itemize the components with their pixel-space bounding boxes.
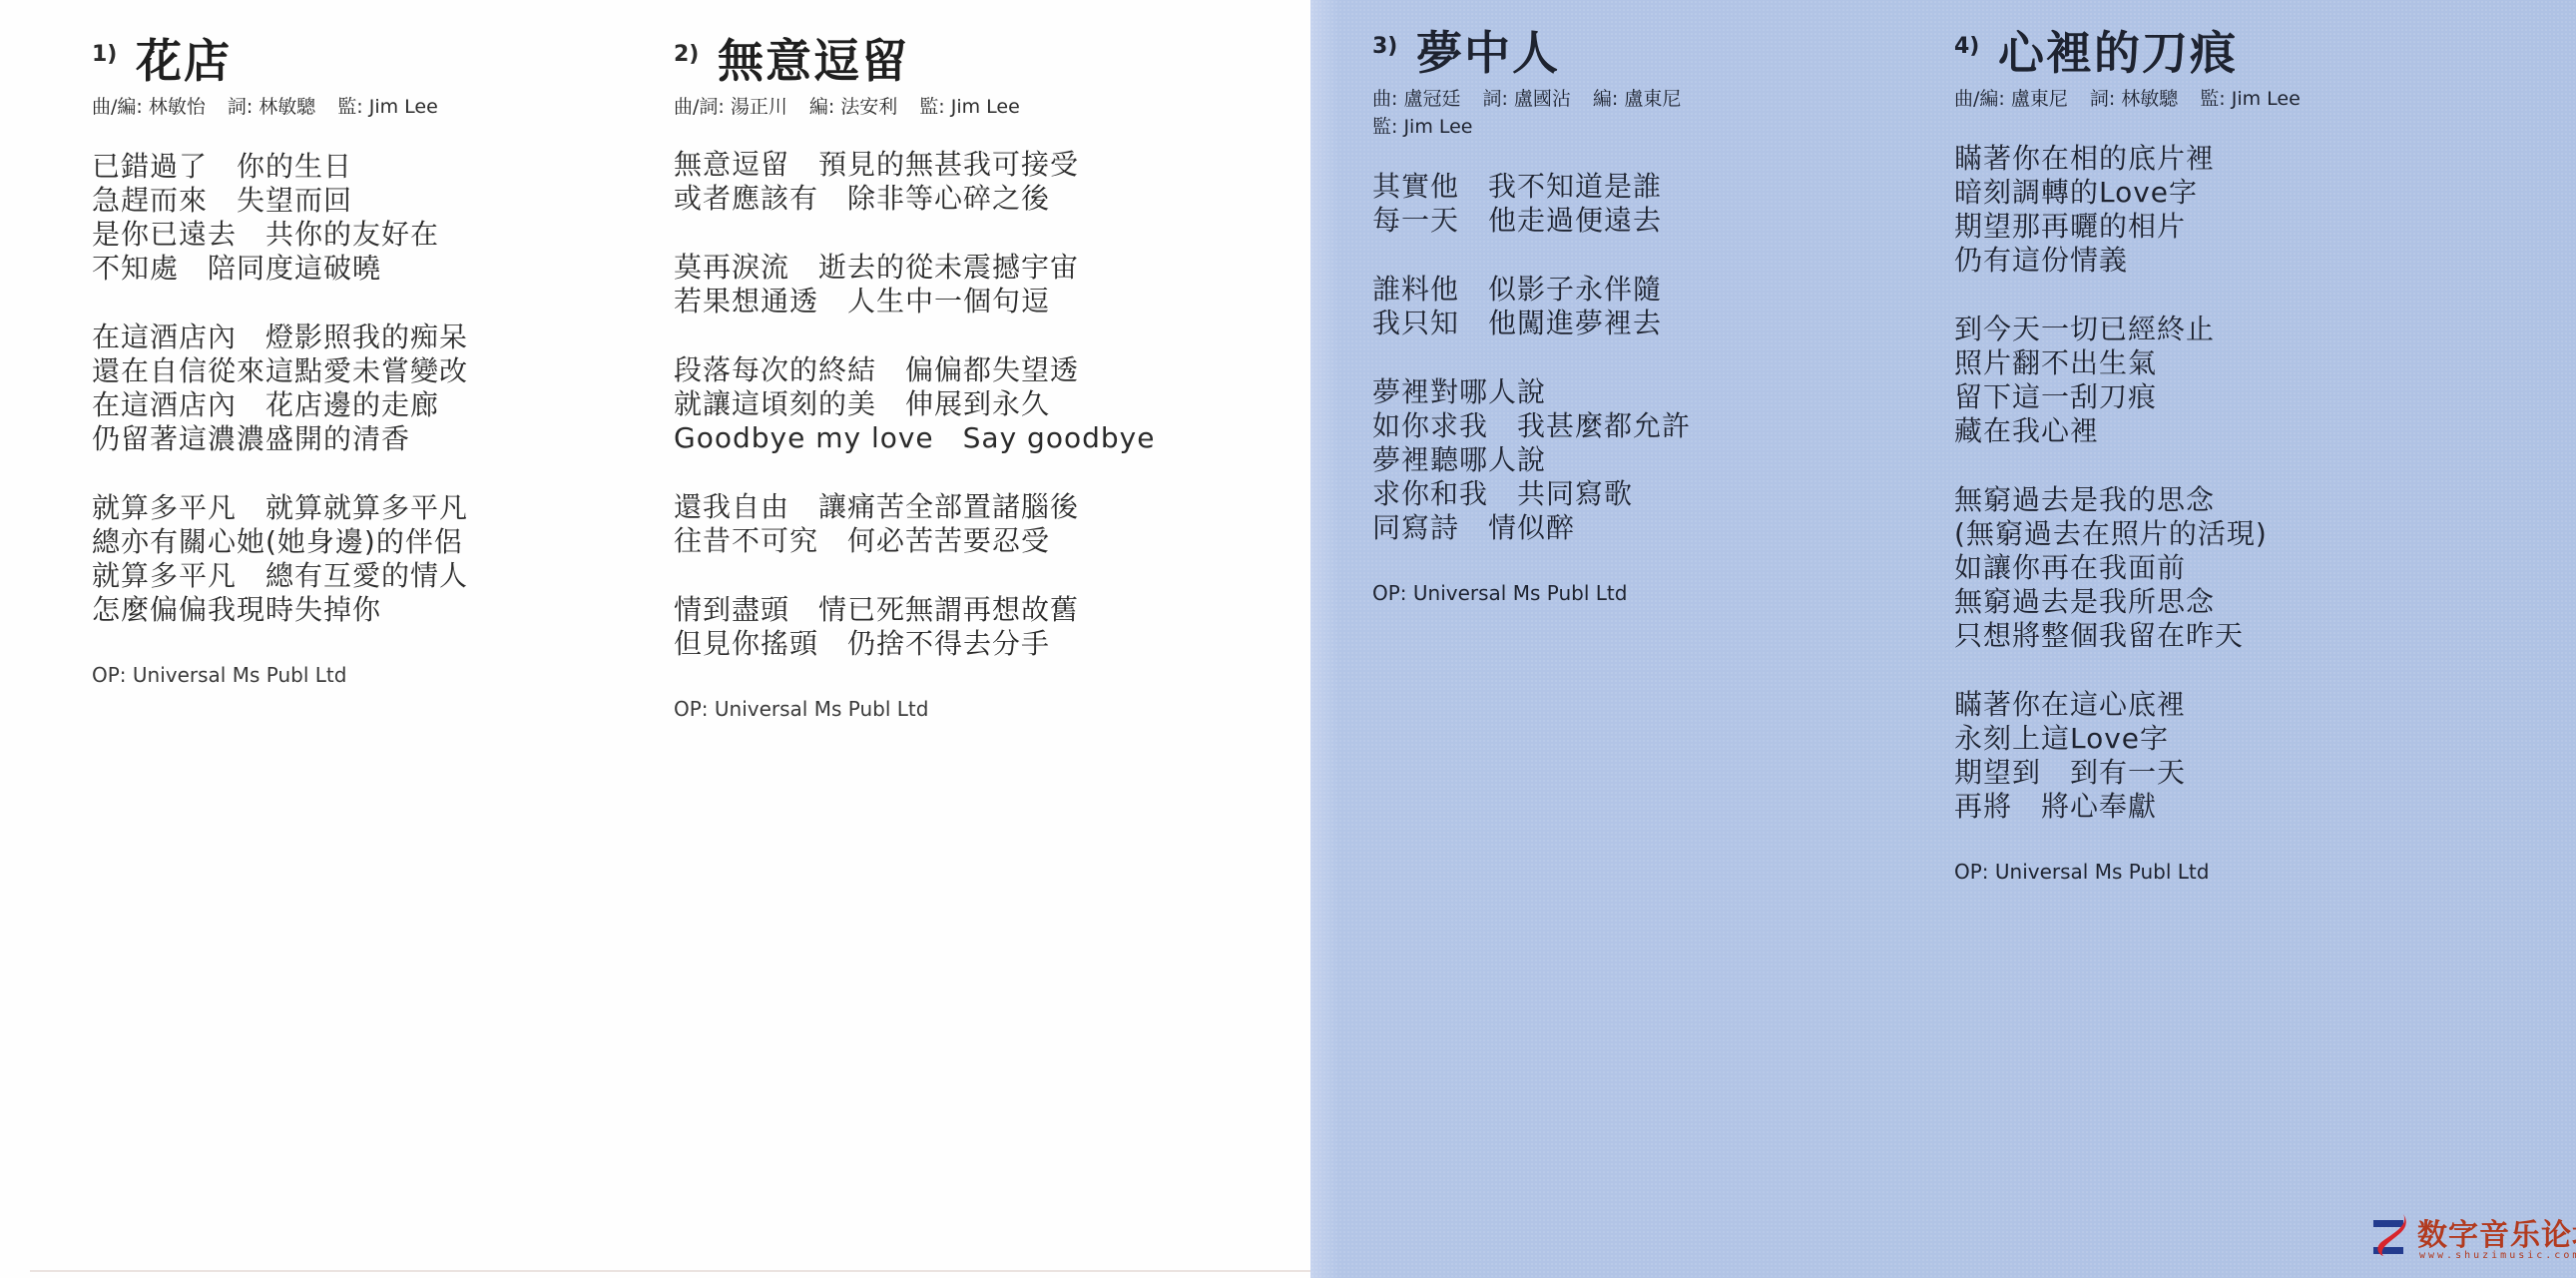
credit-lyricist: 詞: 林敏驄 — [228, 96, 315, 118]
lyric-line: Goodbye my love Say goodbye — [674, 421, 1155, 455]
lyric-line: 期望到 到有一天 — [1954, 756, 2322, 790]
stanza: 到今天一切已經終止 照片翻不出生氣 留下這一刮刀痕 藏在我心裡 — [1954, 313, 2322, 448]
lyric-line: 夢裡對哪人說 — [1372, 375, 1703, 409]
stanza: 還我自由 讓痛苦全部置諸腦後 往昔不可究 何必苦苦要忍受 — [674, 490, 1155, 558]
stanza: 其實他 我不知道是誰 每一天 他走過便遠去 — [1372, 170, 1703, 238]
lyric-line: 在這酒店內 燈影照我的痴呆 — [92, 320, 468, 354]
credit-producer: 監: Jim Lee — [2200, 88, 2301, 110]
lyric-line: 還我自由 讓痛苦全部置諸腦後 — [674, 490, 1155, 524]
lyric-line: 瞞著你在相的底片裡 — [1954, 142, 2322, 176]
lyric-line: 永刻上這Love字 — [1954, 722, 2322, 756]
z-logo-icon — [2373, 1212, 2409, 1258]
lyric-line: 再將 將心奉獻 — [1954, 790, 2322, 824]
credit-composer-lyricist: 曲/詞: 湯正川 — [674, 96, 787, 118]
credit-lyricist: 詞: 林敏驄 — [2090, 88, 2178, 110]
song-credits: 曲/編: 盧東尼詞: 林敏驄監: Jim Lee — [1954, 86, 2322, 112]
stanza: 誰料他 似影子永伴隨 我只知 他闖進夢裡去 — [1372, 273, 1703, 340]
lyric-line: 暗刻調轉的Love字 — [1954, 176, 2322, 210]
lyric-line: (無窮過去在照片的活現) — [1954, 517, 2322, 551]
lyric-line: 莫再淚流 逝去的從未震撼宇宙 — [674, 251, 1155, 285]
lyric-line: 情到盡頭 情已死無謂再想故舊 — [674, 593, 1155, 627]
lyric-line: 瞞著你在這心底裡 — [1954, 688, 2322, 722]
lyric-line: 每一天 他走過便遠去 — [1372, 204, 1703, 238]
stanza: 莫再淚流 逝去的從未震撼宇宙 若果想通透 人生中一個句逗 — [674, 251, 1155, 319]
song-title: 夢中人 — [1416, 22, 1560, 84]
lyric-line: 還在自信從來這點愛未嘗變改 — [92, 354, 468, 388]
song-title: 無意逗留 — [718, 30, 909, 92]
publisher-note: OP: Universal Ms Publ Ltd — [1954, 859, 2322, 885]
song-number: 2) — [674, 42, 699, 67]
lyric-line: 就算多平凡 總有互愛的情人 — [92, 559, 468, 593]
song-number: 3) — [1372, 34, 1397, 59]
lyric-line: 如讓你再在我面前 — [1954, 551, 2322, 585]
lyric-line: 誰料他 似影子永伴隨 — [1372, 273, 1703, 307]
lyric-line: 無窮過去是我所思念 — [1954, 585, 2322, 619]
watermark-url: www.shuzimusic.com — [2419, 1250, 2576, 1261]
song-credits: 曲/詞: 湯正川編: 法安利監: Jim Lee — [674, 94, 1155, 120]
lyric-line: 到今天一切已經終止 — [1954, 313, 2322, 346]
lyric-line: 無窮過去是我的思念 — [1954, 483, 2322, 517]
song-header: 4) 心裡的刀痕 — [1954, 22, 2322, 84]
lyric-line: 其實他 我不知道是誰 — [1372, 170, 1703, 204]
lyric-line: 夢裡聽哪人說 — [1372, 443, 1703, 477]
credit-producer: 監: Jim Lee — [1372, 116, 1473, 138]
lyric-line: 不知處 陪同度這破曉 — [92, 252, 468, 286]
stanza: 就算多平凡 就算就算多平凡 總亦有關心她(她身邊)的伴侶 就算多平凡 總有互愛的… — [92, 491, 468, 627]
lyric-line: 急趕而來 失望而回 — [92, 184, 468, 218]
song-header: 1) 花店 — [92, 30, 468, 92]
watermark-text: 数字音乐论坛 — [2417, 1210, 2576, 1254]
lyric-line: 我只知 他闖進夢裡去 — [1372, 307, 1703, 340]
lyric-line: 同寫詩 情似醉 — [1372, 511, 1703, 545]
lyrics: 無意逗留 預見的無甚我可接受 或者應該有 除非等心碎之後 莫再淚流 逝去的從未震… — [674, 148, 1155, 661]
song-credits-producer: 監: Jim Lee — [1372, 114, 1703, 140]
lyric-line: 求你和我 共同寫歌 — [1372, 477, 1703, 511]
song-block-xin-li-de-dao-hen: 4) 心裡的刀痕 曲/編: 盧東尼詞: 林敏驄監: Jim Lee 瞞著你在相的… — [1954, 22, 2322, 885]
lyric-line: 往昔不可究 何必苦苦要忍受 — [674, 524, 1155, 558]
lyrics: 瞞著你在相的底片裡 暗刻調轉的Love字 期望那再曬的相片 仍有這份情義 到今天… — [1954, 142, 2322, 824]
lyric-line: 是你已遠去 共你的友好在 — [92, 218, 468, 252]
lyric-line: 照片翻不出生氣 — [1954, 346, 2322, 380]
song-title: 花店 — [136, 30, 232, 92]
stanza: 瞞著你在相的底片裡 暗刻調轉的Love字 期望那再曬的相片 仍有這份情義 — [1954, 142, 2322, 278]
publisher-note: OP: Universal Ms Publ Ltd — [674, 696, 1155, 722]
stanza: 情到盡頭 情已死無謂再想故舊 但見你搖頭 仍捨不得去分手 — [674, 593, 1155, 661]
stanza: 夢裡對哪人說 如你求我 我甚麼都允許 夢裡聽哪人說 求你和我 共同寫歌 同寫詩 … — [1372, 375, 1703, 545]
lyric-line: 只想將整個我留在昨天 — [1954, 619, 2322, 653]
publisher-note: OP: Universal Ms Publ Ltd — [1372, 580, 1703, 606]
lyric-line: 仍有這份情義 — [1954, 244, 2322, 278]
stanza: 無窮過去是我的思念 (無窮過去在照片的活現) 如讓你再在我面前 無窮過去是我所思… — [1954, 483, 2322, 653]
lyrics: 已錯過了 你的生日 急趕而來 失望而回 是你已遠去 共你的友好在 不知處 陪同度… — [92, 150, 468, 627]
credit-producer: 監: Jim Lee — [919, 96, 1020, 118]
credit-composer: 曲: 盧冠廷 — [1372, 88, 1460, 110]
stanza: 瞞著你在這心底裡 永刻上這Love字 期望到 到有一天 再將 將心奉獻 — [1954, 688, 2322, 824]
credit-arranger: 編: 盧東尼 — [1593, 88, 1681, 110]
lyric-line: 已錯過了 你的生日 — [92, 150, 468, 184]
stanza: 段落每次的終結 偏偏都失望透 就讓這頃刻的美 伸展到永久 Goodbye my … — [674, 353, 1155, 455]
credit-producer: 監: Jim Lee — [337, 96, 438, 118]
lyric-line: 仍留著這濃濃盛開的清香 — [92, 422, 468, 456]
lyric-line: 若果想通透 人生中一個句逗 — [674, 285, 1155, 319]
lyric-line: 留下這一刮刀痕 — [1954, 380, 2322, 414]
lyrics: 其實他 我不知道是誰 每一天 他走過便遠去 誰料他 似影子永伴隨 我只知 他闖進… — [1372, 170, 1703, 545]
song-block-hua-dian: 1) 花店 曲/編: 林敏怡詞: 林敏驄監: Jim Lee 已錯過了 你的生日… — [92, 30, 468, 688]
credit-lyricist: 詞: 盧國沾 — [1482, 88, 1570, 110]
lyric-line: 總亦有關心她(她身邊)的伴侶 — [92, 525, 468, 559]
song-title: 心裡的刀痕 — [1998, 22, 2238, 84]
lyric-line: 但見你搖頭 仍捨不得去分手 — [674, 627, 1155, 661]
song-header: 3) 夢中人 — [1372, 22, 1703, 84]
lyric-line: 就讓這頃刻的美 伸展到永久 — [674, 387, 1155, 421]
credit-composer: 曲/編: 林敏怡 — [92, 96, 206, 118]
song-block-meng-zhong-ren: 3) 夢中人 曲: 盧冠廷詞: 盧國沾編: 盧東尼 監: Jim Lee 其實他… — [1372, 22, 1703, 606]
lyric-line: 或者應該有 除非等心碎之後 — [674, 182, 1155, 216]
lyric-line: 段落每次的終結 偏偏都失望透 — [674, 353, 1155, 387]
stanza: 無意逗留 預見的無甚我可接受 或者應該有 除非等心碎之後 — [674, 148, 1155, 216]
song-header: 2) 無意逗留 — [674, 30, 1155, 92]
credit-composer-arranger: 曲/編: 盧東尼 — [1954, 88, 2068, 110]
stanza: 已錯過了 你的生日 急趕而來 失望而回 是你已遠去 共你的友好在 不知處 陪同度… — [92, 150, 468, 286]
forum-watermark: 数字音乐论坛 www.shuzimusic.com — [2373, 1208, 2573, 1268]
lyric-line: 怎麼偏偏我現時失掉你 — [92, 593, 468, 627]
song-number: 1) — [92, 42, 117, 67]
credit-arranger: 編: 法安利 — [809, 96, 897, 118]
song-credits: 曲: 盧冠廷詞: 盧國沾編: 盧東尼 — [1372, 86, 1703, 112]
lyric-line: 如你求我 我甚麼都允許 — [1372, 409, 1703, 443]
lyric-line: 藏在我心裡 — [1954, 414, 2322, 448]
lyric-line: 期望那再曬的相片 — [1954, 210, 2322, 244]
lyric-line: 在這酒店內 花店邊的走廊 — [92, 388, 468, 422]
publisher-note: OP: Universal Ms Publ Ltd — [92, 662, 468, 688]
lyric-line: 無意逗留 預見的無甚我可接受 — [674, 148, 1155, 182]
stanza: 在這酒店內 燈影照我的痴呆 還在自信從來這點愛未嘗變改 在這酒店內 花店邊的走廊… — [92, 320, 468, 456]
song-number: 4) — [1954, 34, 1979, 59]
song-credits: 曲/編: 林敏怡詞: 林敏驄監: Jim Lee — [92, 94, 468, 120]
song-block-wu-yi-dou-liu: 2) 無意逗留 曲/詞: 湯正川編: 法安利監: Jim Lee 無意逗留 預見… — [674, 30, 1155, 722]
lyric-line: 就算多平凡 就算就算多平凡 — [92, 491, 468, 525]
